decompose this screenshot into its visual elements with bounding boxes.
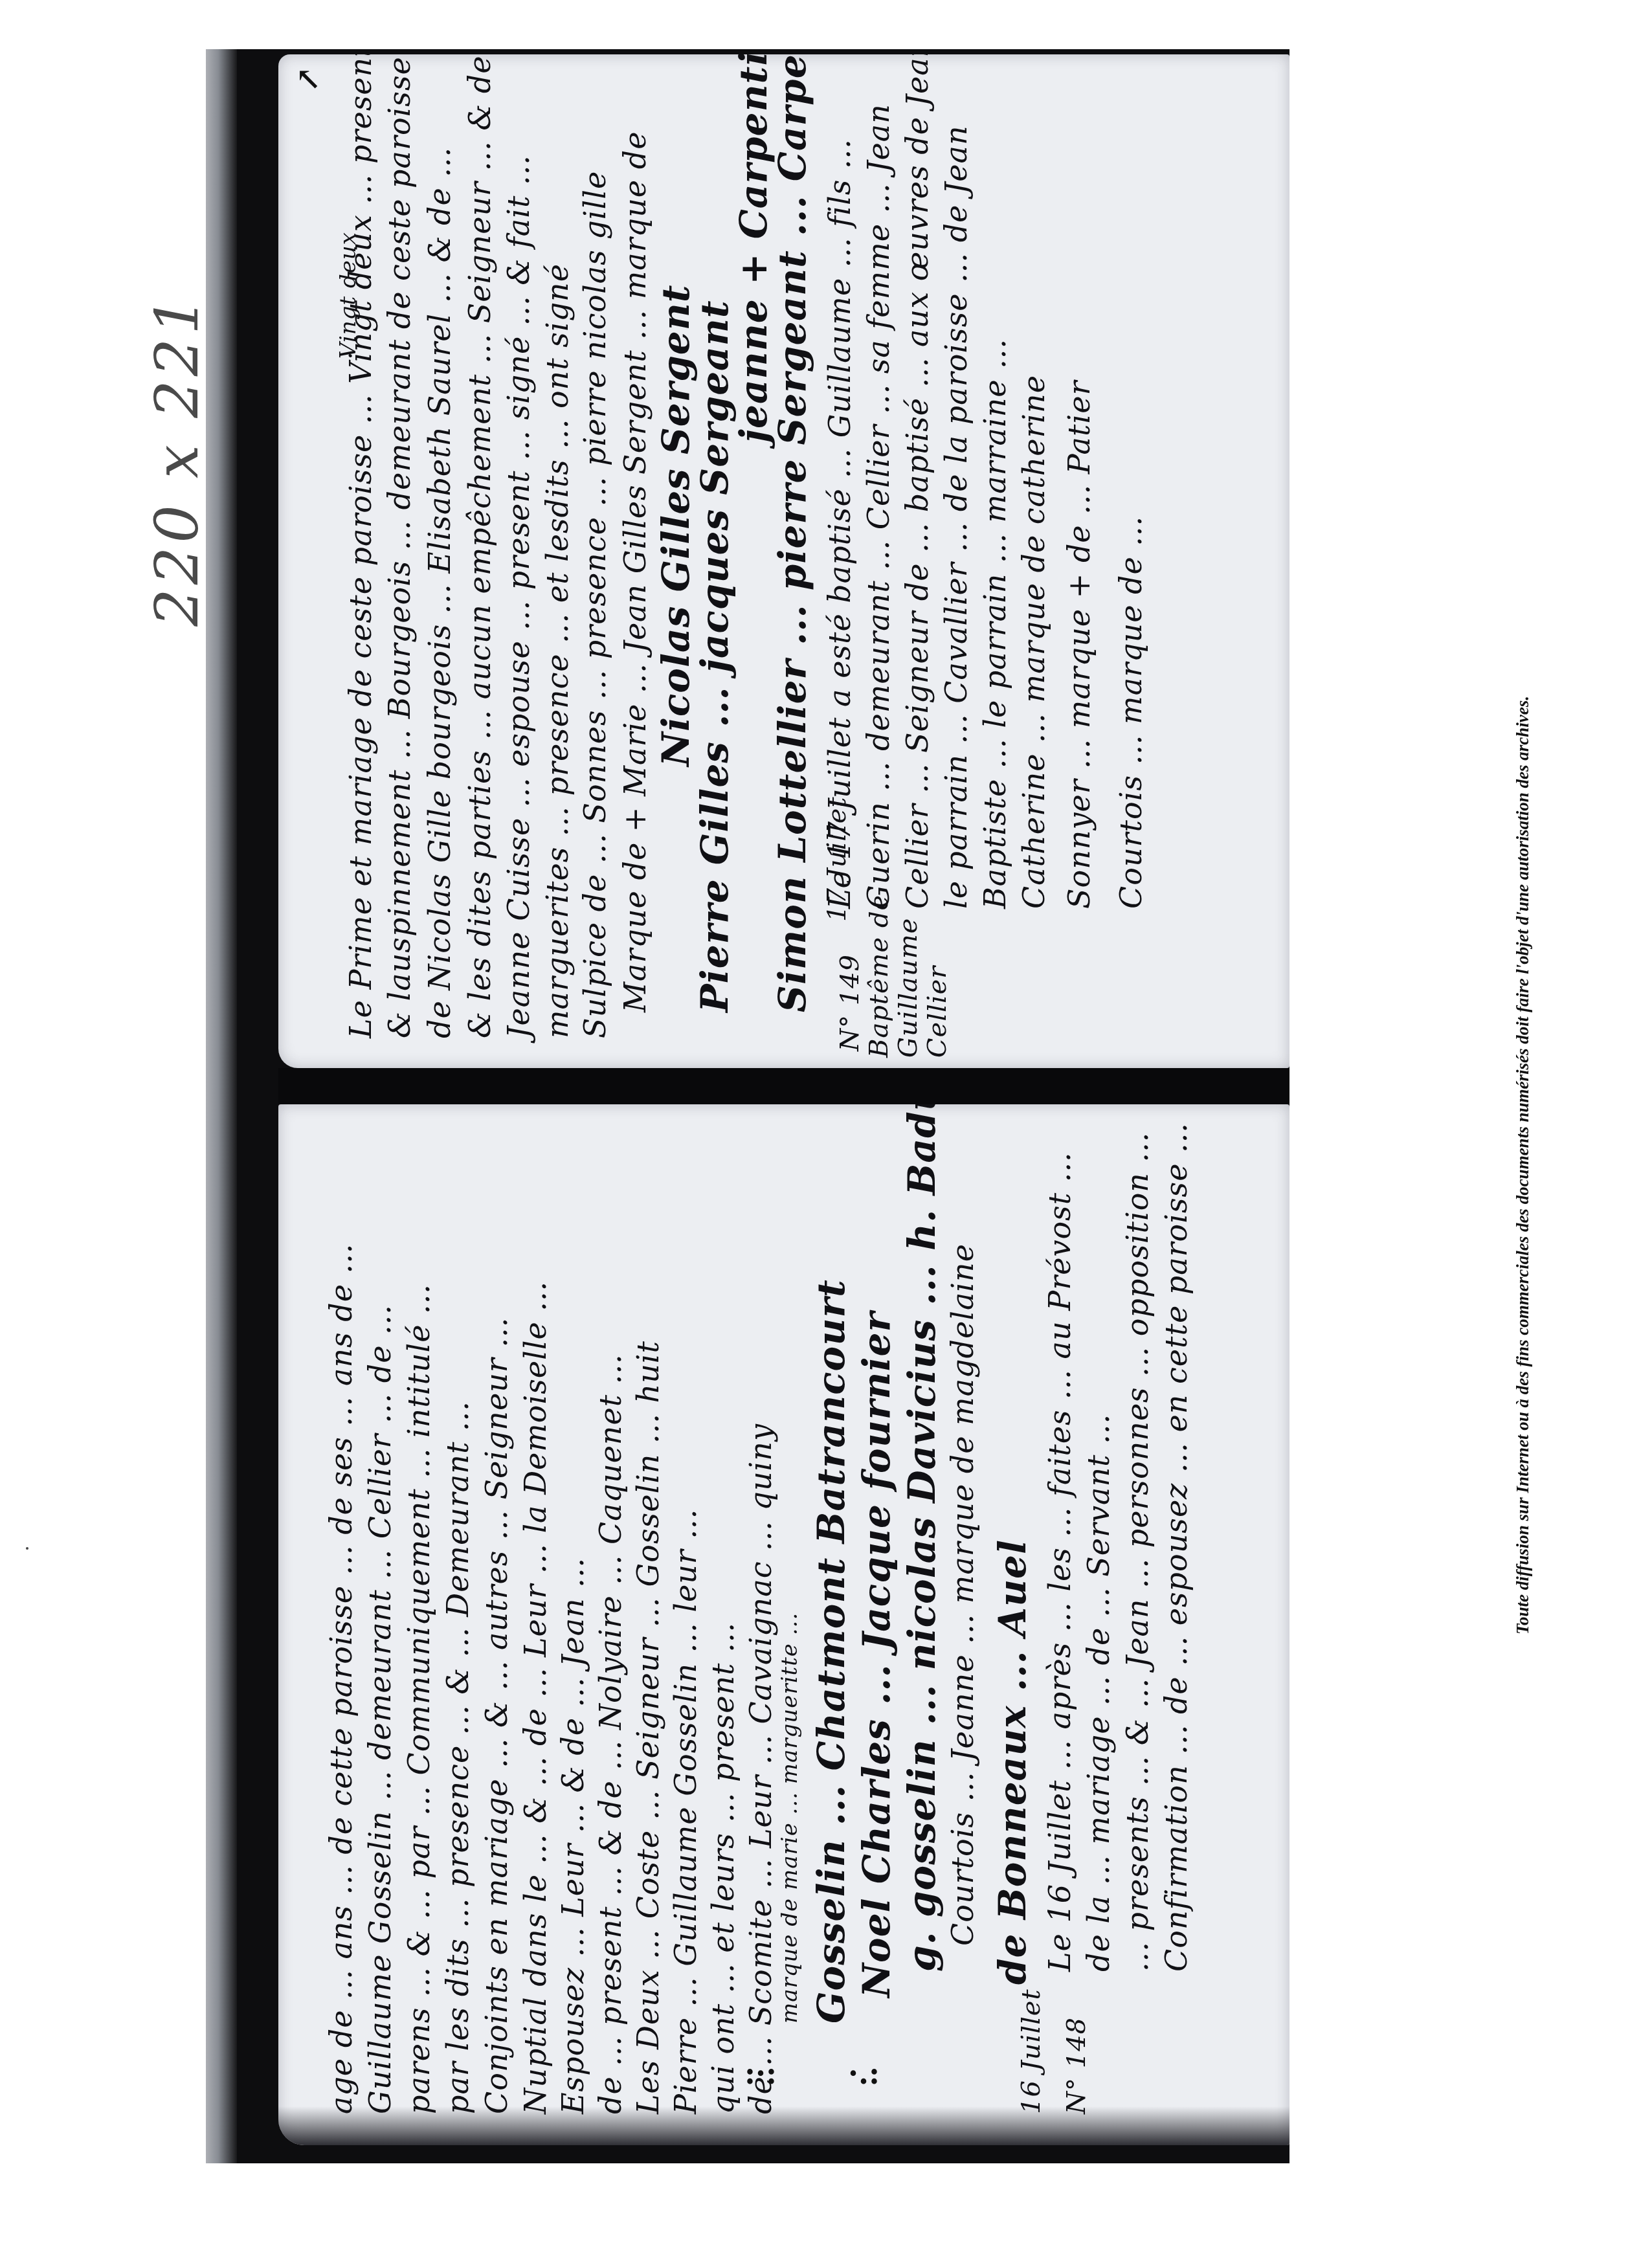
text-line: parens ... & ... par ... Communiquement …	[401, 1284, 436, 2114]
text-line: de ... Scomite ... Leur ... Cavaignac ..…	[743, 1423, 778, 2114]
text-line: Pierre ... Guillaume Gosselin ... leur .…	[668, 1509, 703, 2114]
text-line: de ... present ... & de ... Nolyaire ...…	[593, 1354, 628, 2114]
signature: Nicolas Gilles Sergent	[654, 284, 698, 766]
text-line: par les dits ... presence ... & ... Deme…	[440, 1401, 475, 2114]
text-line: Confirmation ... de ... espousez ... en …	[1159, 1122, 1194, 1972]
signature: de Bonneaux ... Auel	[990, 1539, 1034, 1985]
text-line: le parrain ... Cavallier ... de la paroi…	[939, 125, 974, 909]
text-line: Guillaume Gosselin ... demeurant ... Cel…	[363, 1304, 397, 2114]
page-divider	[278, 1068, 1289, 1104]
text-line: Le 17 Juillet a esté baptisé ... Guillau…	[822, 139, 857, 909]
text-line: Conjoints en mariage ... & ... autres ..…	[479, 1317, 514, 2114]
text-line: Sonnyer ... marque + de ... Patier	[1062, 381, 1097, 909]
pencil-annotation-text: 220 x 221	[142, 293, 212, 627]
signature: Noel Charles ... Jacque fournier	[854, 1311, 899, 1998]
text-line: de Nicolas Gille bourgeois ... Elisabeth…	[422, 147, 457, 1038]
lower-page: age de ... ans ... de cette paroisse ...…	[278, 1104, 1289, 2145]
signature: Simon Lottellier ... pierre Sergeant ...…	[770, 54, 814, 1012]
entry-number: N° 149	[835, 954, 865, 1051]
signature: jeanne + Carpentier	[731, 54, 776, 443]
signature: Gosselin ... Chatmont Batrancourt	[809, 1279, 853, 2023]
text-line: Courtois ... Jeanne ... marque de magdel…	[945, 1243, 980, 1946]
entry-date: 17 Juillet	[822, 796, 852, 922]
text-line: & les dites parties ... aucun empêchemen…	[462, 54, 497, 1038]
entry-number: N° 148	[1062, 2017, 1091, 2114]
text-line: marque de marie ... margueritte ...	[777, 1612, 803, 2023]
text-line: Le 16 Juillet ... après ... les ... fait…	[1042, 1152, 1077, 1972]
archive-disclaimer: Toute diffusion sur Internet ou à des fi…	[1503, 583, 1542, 1748]
upper-page: ↖ Vingt deux Le Prime et mariage de cest…	[278, 54, 1289, 1068]
text-line: Baptiste ... le parrain ... marraine ...	[977, 339, 1012, 909]
text-line: Catherine ... marque de catherine	[1016, 375, 1051, 909]
text-line: Courtois ... marque de ...	[1113, 516, 1148, 909]
text-line: marguerites ... presence ... et lesdits …	[540, 263, 575, 1038]
signature: g. gosselin ... nicolas Davicius ... h. …	[900, 1104, 944, 1972]
archive-disclaimer-text: Toute diffusion sur Internet ou à des fi…	[1513, 696, 1533, 1634]
margin-subject: Baptême de	[864, 895, 894, 1058]
text-line: & lauspinnement ... Bourgeois ... demeur…	[382, 54, 417, 1038]
margin-subject: Cellier	[922, 966, 952, 1058]
text-line: Espousez ... Leur ... & de ... Jean ...	[555, 1557, 590, 2114]
pencil-annotation: 220 x 221	[141, 337, 212, 583]
text-line: Guerin ... demeurant ... Cellier ... sa …	[861, 104, 896, 909]
text-line: Sulpice de ... Sonnes ... presence ... p…	[577, 171, 612, 1038]
text-line: Marque de + Marie ... Jean Gilles Sergen…	[618, 131, 653, 1012]
text-line: de la ... mariage ... de ... Servant ...	[1081, 1414, 1116, 1972]
entry-date: 16 Juillet	[1016, 1989, 1046, 2114]
text-line: Le Prime et mariage de ceste paroisse ..…	[343, 54, 378, 1038]
scan-speck	[26, 1547, 28, 1550]
signature: Pierre Gilles ... jacques Sergeant	[693, 300, 737, 1012]
corner-arrow-icon: ↖	[295, 61, 321, 97]
margin-mark: :·:	[744, 2056, 777, 2091]
margin-mark: ·.:	[848, 2056, 880, 2091]
scanned-register: ↖ Vingt deux Le Prime et mariage de cest…	[206, 49, 1289, 2163]
text-line: ... presents ... & ... Jean ... personne…	[1120, 1132, 1155, 1972]
text-line: Les Deux ... Coste ... Seigneur ... Goss…	[631, 1341, 665, 2114]
text-line: Jeanne Cuisse ... espouse ... present ..…	[501, 155, 536, 1038]
text-line: Cellier ... Seigneur de ... baptisé ... …	[900, 54, 935, 909]
text-line: qui ont ... et leurs ... present ...	[706, 1622, 741, 2114]
scan-edge-shadow	[206, 49, 237, 2163]
text-line: age de ... ans ... de cette paroisse ...…	[324, 1243, 359, 2114]
text-line: Nuptial dans le ... & ... de ... Leur ..…	[518, 1281, 553, 2114]
margin-subject: Guillaume	[893, 918, 923, 1058]
